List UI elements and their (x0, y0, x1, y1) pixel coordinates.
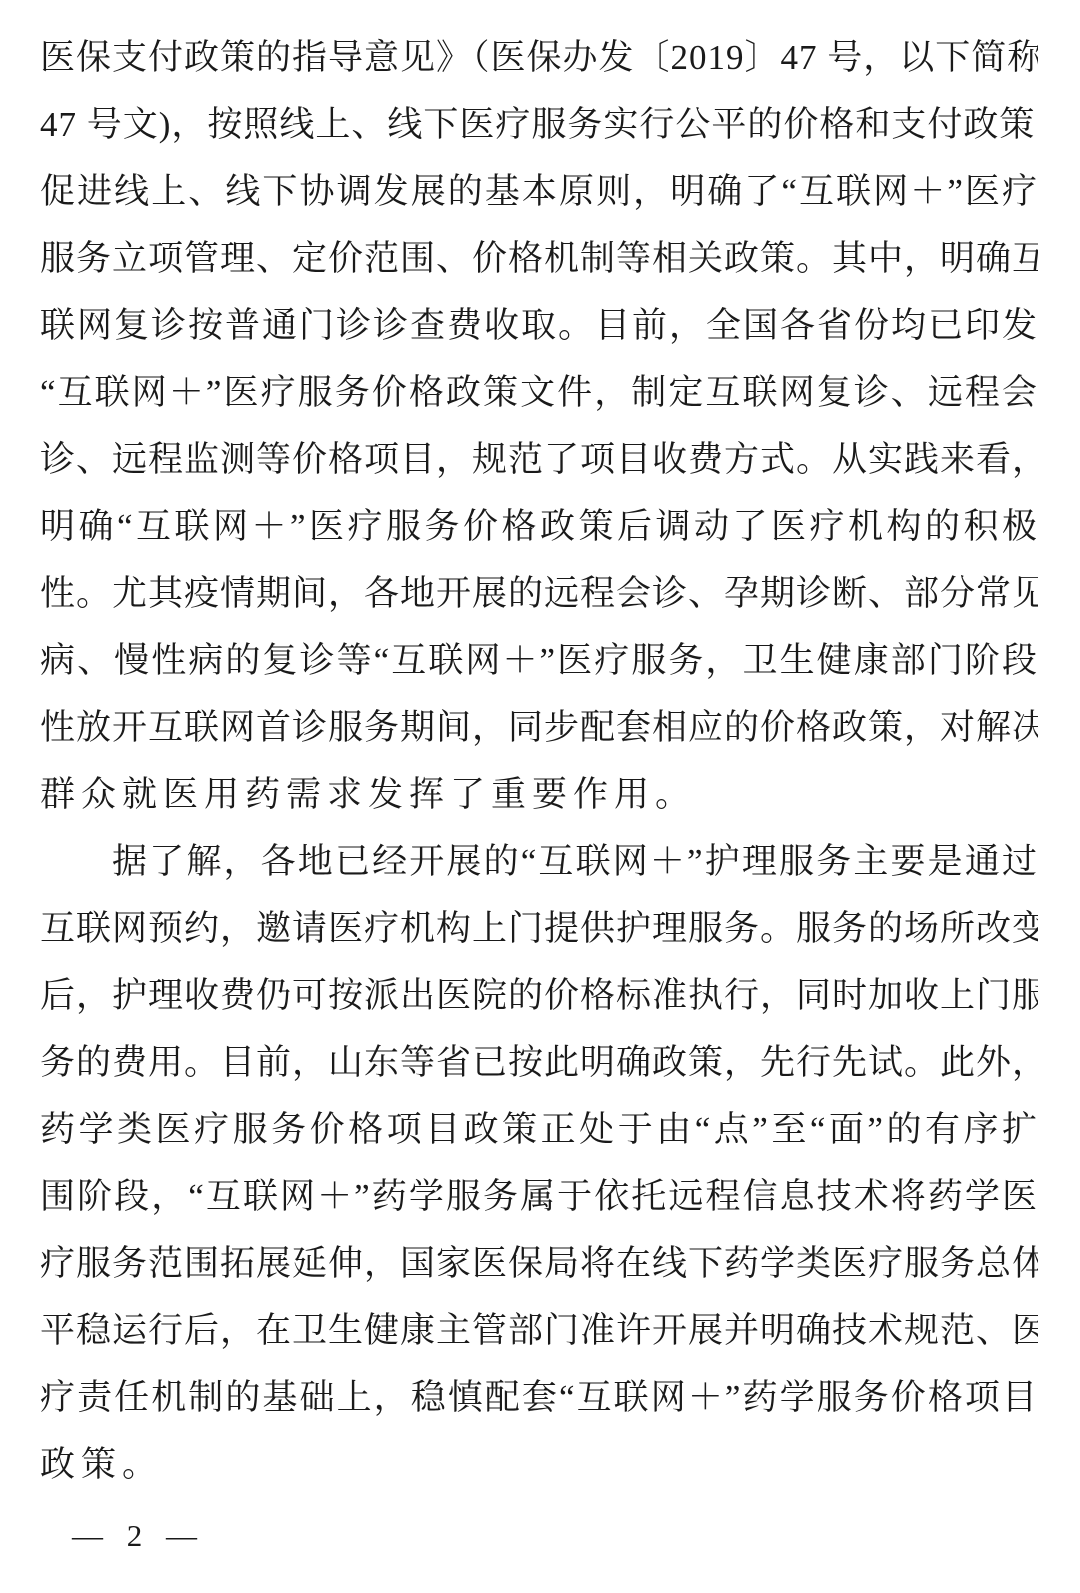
text-line: 疗责任机制的基础上，稳慎配套“互联网＋”药学服务价格项目 (40, 1364, 1038, 1431)
text-line: 明确“互联网＋”医疗服务价格政策后调动了医疗机构的积极 (40, 493, 1038, 560)
text-line: “互联网＋”医疗服务价格政策文件，制定互联网复诊、远程会 (40, 359, 1038, 426)
page-number: — 2 — (72, 1518, 205, 1554)
text-line: 疗服务范围拓展延伸，国家医保局将在线下药学类医疗服务总体 (40, 1230, 1038, 1297)
text-line: 服务立项管理、定价范围、价格机制等相关政策。其中，明确互 (40, 225, 1038, 292)
document-body: 医保支付政策的指导意见》（医保办发〔2019〕47 号，以下简称47 号文)，按… (40, 24, 1038, 1498)
text-line: 性。尤其疫情期间，各地开展的远程会诊、孕期诊断、部分常见 (40, 560, 1038, 627)
text-line: 性放开互联网首诊服务期间，同步配套相应的价格政策，对解决 (40, 694, 1038, 761)
text-line: 药学类医疗服务价格项目政策正处于由“点”至“面”的有序扩 (40, 1096, 1038, 1163)
text-line: 后，护理收费仍可按派出医院的价格标准执行，同时加收上门服 (40, 962, 1038, 1029)
text-line: 促进线上、线下协调发展的基本原则，明确了“互联网＋”医疗 (40, 158, 1038, 225)
text-line: 病、慢性病的复诊等“互联网＋”医疗服务，卫生健康部门阶段 (40, 627, 1038, 694)
text-line: 围阶段，“互联网＋”药学服务属于依托远程信息技术将药学医 (40, 1163, 1038, 1230)
document-page: 医保支付政策的指导意见》（医保办发〔2019〕47 号，以下简称47 号文)，按… (0, 0, 1080, 1593)
text-line: 诊、远程监测等价格项目，规范了项目收费方式。从实践来看， (40, 426, 1038, 493)
text-line: 平稳运行后，在卫生健康主管部门准许开展并明确技术规范、医 (40, 1297, 1038, 1364)
text-line: 群众就医用药需求发挥了重要作用。 (40, 761, 1038, 828)
text-line: 47 号文)，按照线上、线下医疗服务实行公平的价格和支付政策， (40, 91, 1038, 158)
text-line: 联网复诊按普通门诊诊查费收取。目前，全国各省份均已印发 (40, 292, 1038, 359)
text-line: 据了解，各地已经开展的“互联网＋”护理服务主要是通过 (40, 828, 1038, 895)
text-line: 政策。 (40, 1431, 1038, 1498)
text-line: 互联网预约，邀请医疗机构上门提供护理服务。服务的场所改变 (40, 895, 1038, 962)
text-line: 医保支付政策的指导意见》（医保办发〔2019〕47 号，以下简称 (40, 24, 1038, 91)
text-line: 务的费用。目前，山东等省已按此明确政策，先行先试。此外， (40, 1029, 1038, 1096)
